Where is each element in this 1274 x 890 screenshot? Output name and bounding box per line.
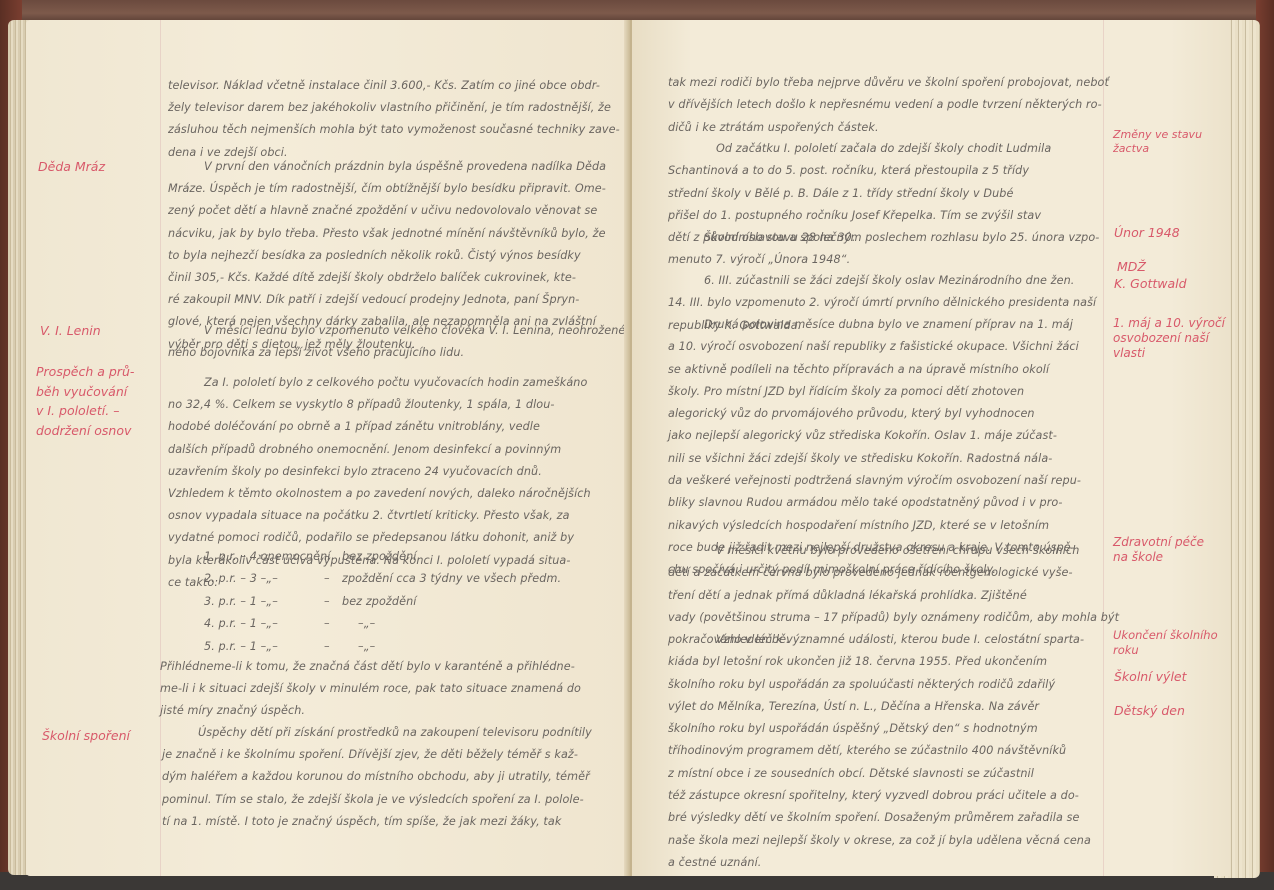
margin-note-lenin: V. I. Lenin	[40, 320, 101, 342]
left-paragraph-1: televisor. Náklad včetně instalace činil…	[168, 75, 620, 164]
status-row: 3. p.r. – 1 –„––bez zpoždění	[168, 591, 561, 613]
margin-note-zmeny-stavu: Změny ve stavu žactva	[1113, 128, 1202, 156]
margin-note-zdravotni-pece: Zdravotní péče na škole	[1113, 535, 1204, 565]
margin-note-prospech: Prospěch a prů- běh vyučování v I. polol…	[36, 362, 134, 440]
margin-note-skolni-vylet: Školní výlet	[1114, 666, 1187, 688]
margin-note-skolni-sporeni: Školní spoření	[42, 725, 130, 747]
status-row: 1. p.r. – 4 onemocnění–bez zpoždění	[168, 546, 561, 568]
right-paragraph-unor: Školní oslavou a společným poslechem roz…	[668, 227, 1099, 272]
status-row: 4. p.r. – 1 –„–––„–	[168, 613, 561, 635]
status-row: 5. p.r. – 1 –„–––„–	[168, 636, 561, 658]
book-cover-top-edge	[0, 0, 1274, 22]
left-page-margin-line	[160, 20, 161, 876]
left-paragraph-karantena: Přihlédneme-li k tomu, že značná část dě…	[160, 656, 581, 723]
margin-note-gottwald: K. Gottwald	[1114, 273, 1187, 295]
margin-note-unor-1948: Únor 1948	[1114, 222, 1180, 244]
margin-note-detsky-den: Dětský den	[1114, 700, 1185, 722]
margin-note-deda-mraz: Děda Mráz	[38, 156, 105, 178]
margin-note-ukonceni-roku: Ukončení školního roku	[1113, 628, 1218, 658]
status-row: 2. p.r. – 3 –„––zpoždění cca 3 týdny ve …	[168, 568, 561, 590]
right-paragraph-1: tak mezi rodiči bylo třeba nejprve důvěr…	[668, 72, 1109, 139]
status-table: 1. p.r. – 4 onemocnění–bez zpoždění 2. p…	[168, 546, 561, 658]
right-page-margin-line	[1103, 20, 1104, 876]
margin-note-1-maj: 1. máj a 10. výročí osvobození naší vlas…	[1113, 316, 1225, 361]
left-paragraph-lenin: V měsíci lednu bylo vzpomenuto velkého č…	[168, 320, 640, 364]
right-paragraph-ukonceni-roku: Vzhledem k významné události, kterou bud…	[668, 629, 1091, 874]
left-paragraph-sporeni: Úspěchy dětí při získání prostředků na z…	[162, 722, 592, 833]
